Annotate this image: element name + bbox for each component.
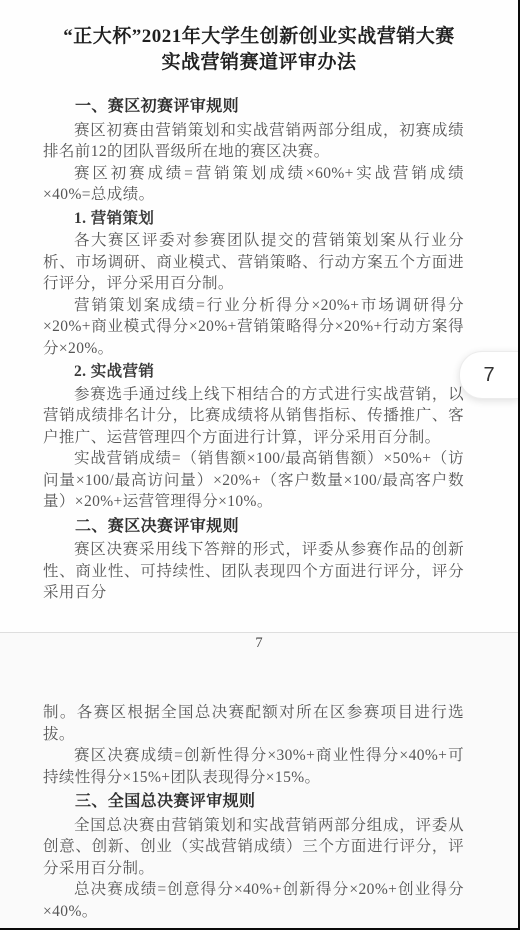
document-viewer-screen: “正大杯”2021年大学生创新创业实战营销大赛 实战营销赛道评审办法 一、赛区初… [0, 0, 520, 930]
formula-practical-marketing-score: 实战营销成绩=（销售额×100/最高销售额）×50%+（访问量×100/最高访问… [43, 448, 464, 513]
paragraph-marketing-plan: 各大赛区评委对参赛团队提交的营销策划案从行业分析、市场调研、商业模式、营销策略、… [43, 230, 464, 295]
page-1-content: 一、赛区初赛评审规则 赛区初赛由营销策划和实战营销两部分组成，初赛成绩排名前12… [0, 96, 518, 604]
section-heading-preliminary-rules: 一、赛区初赛评审规则 [43, 96, 464, 118]
formula-preliminary-score: 赛区初赛成绩=营销策划成绩×60%+实战营销成绩×40%=总成绩。 [43, 163, 464, 206]
paragraph-practical-marketing: 参赛选手通过线上线下相结合的方式进行实战营销，以营销成绩排名计分，比赛成绩将从销… [43, 384, 464, 449]
formula-regional-final-score: 赛区决赛成绩=创新性得分×30%+商业性得分×40%+可持续性得分×15%+团队… [43, 745, 464, 788]
document-title: “正大杯”2021年大学生创新创业实战营销大赛 实战营销赛道评审办法 [0, 0, 518, 76]
document-title-line-2: 实战营销赛道评审办法 [30, 50, 488, 76]
paragraph-regional-final-intro: 赛区决赛采用线下答辩的形式，评委从参赛作品的创新性、商业性、可持续性、团队表现四… [43, 539, 464, 604]
page-2-content: 制。各赛区根据全国总决赛配额对所在区参赛项目进行选拔。 赛区决赛成绩=创新性得分… [0, 702, 518, 922]
document-page-2: 制。各赛区根据全国总决赛配额对所在区参赛项目进行选拔。 赛区决赛成绩=创新性得分… [0, 633, 518, 928]
document-page-1: “正大杯”2021年大学生创新创业实战营销大赛 实战营销赛道评审办法 一、赛区初… [0, 0, 518, 633]
page-indicator-badge[interactable]: 7 [459, 351, 518, 399]
sub-heading-practical-marketing: 2. 实战营销 [43, 361, 464, 383]
sub-heading-marketing-plan: 1. 营销策划 [43, 208, 464, 230]
document-title-line-1: “正大杯”2021年大学生创新创业实战营销大赛 [30, 24, 488, 50]
section-heading-regional-final-rules: 二、赛区决赛评审规则 [43, 516, 464, 538]
section-heading-national-final-rules: 三、全国总决赛评审规则 [43, 791, 464, 813]
paragraph-national-final-intro: 全国总决赛由营销策划和实战营销两部分组成，评委从创意、创新、创业（实战营销成绩）… [43, 815, 464, 880]
paragraph-regional-final-continued: 制。各赛区根据全国总决赛配额对所在区参赛项目进行选拔。 [43, 702, 464, 745]
formula-marketing-plan-score: 营销策划案成绩=行业分析得分×20%+市场调研得分×20%+商业模式得分×20%… [43, 295, 464, 360]
formula-national-final-score: 总决赛成绩=创意得分×40%+创新得分×20%+创业得分×40%。 [43, 879, 464, 922]
paragraph-preliminary-intro: 赛区初赛由营销策划和实战营销两部分组成，初赛成绩排名前12的团队晋级所在地的赛区… [43, 120, 464, 163]
page-indicator-number: 7 [483, 364, 494, 387]
